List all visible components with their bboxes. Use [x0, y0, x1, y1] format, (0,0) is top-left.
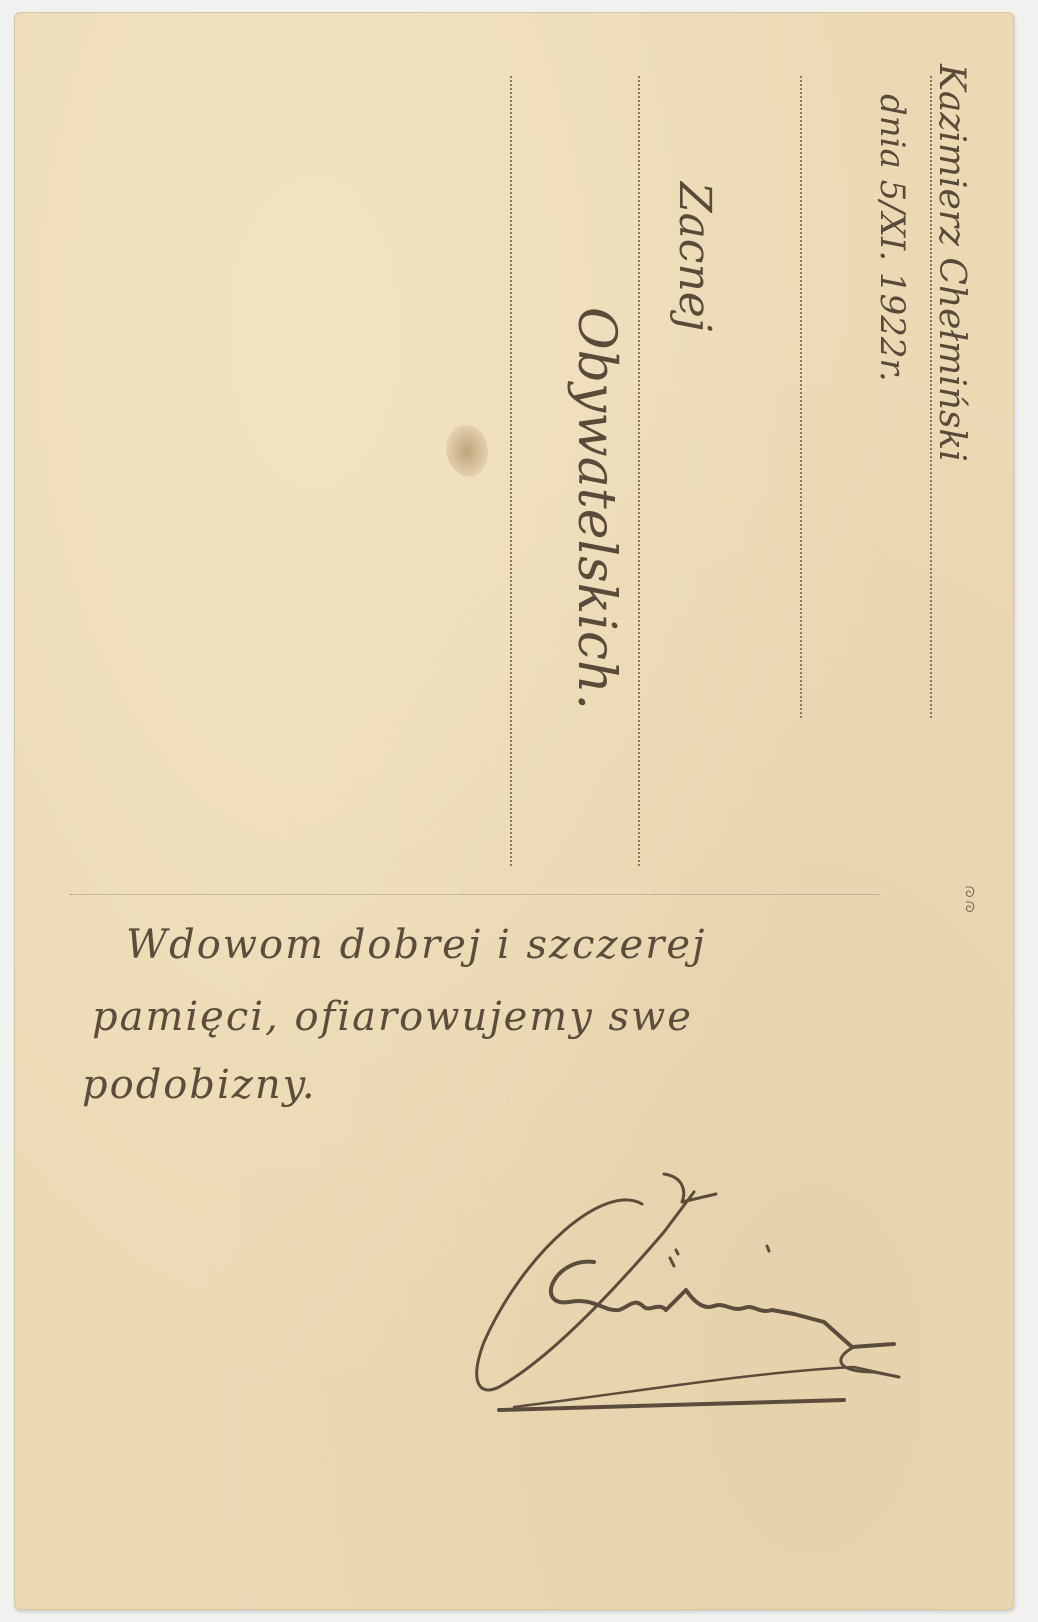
- stain: [446, 425, 488, 477]
- postcard: Kazimierz Chełmiński dnia 5/XI. 1922r. Z…: [14, 12, 1014, 1610]
- sender-line: Kazimierz Chełmiński: [931, 64, 972, 462]
- date-line: dnia 5/XI. 1922r.: [872, 94, 912, 382]
- address-line-1: [510, 76, 512, 866]
- message-line-2: pamięci, ofiarowujemy swe: [92, 994, 693, 1040]
- message-divider: [70, 894, 880, 895]
- address-line-3: [800, 76, 802, 718]
- message-line-1: Wdowom dobrej i szczerej: [126, 922, 706, 968]
- recipient-line-1: Zacnej: [669, 182, 720, 331]
- signature: [454, 1132, 904, 1412]
- address-line-2: [638, 76, 640, 866]
- recipient-line-2: Obywatelskich.: [566, 307, 626, 710]
- message-line-3: podobizny.: [82, 1062, 317, 1108]
- printer-mark: ᘐᘐ: [962, 886, 978, 916]
